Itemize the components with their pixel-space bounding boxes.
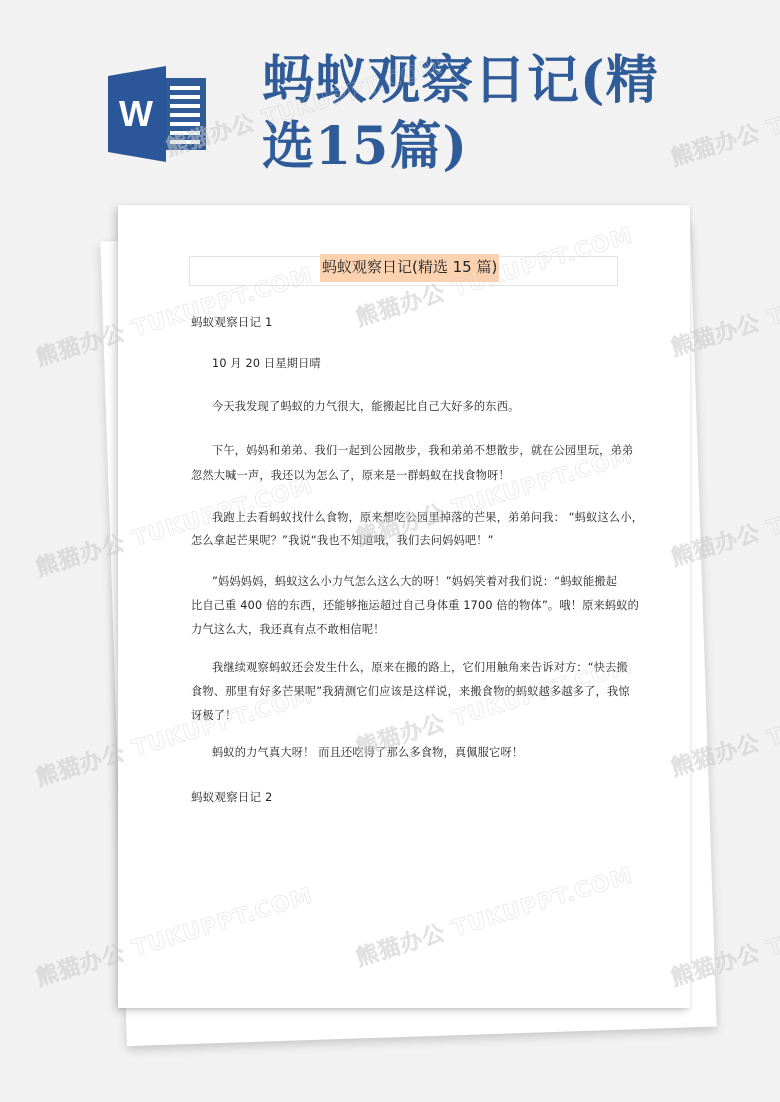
- paragraph-line: 怎么拿起芒果呢？”我说“我也不知道哦，我们去问妈妈吧！”: [191, 533, 494, 549]
- section-heading: 蚂蚁观察日记 1: [191, 314, 273, 330]
- banner-title: 蚂蚁观察日记(精 选15篇): [262, 48, 682, 180]
- paragraph-line: 蚂蚁的力气真大呀！ 而且还吃得了那么多食物，真佩服它呀！: [212, 745, 523, 761]
- paragraph-line: 忽然大喊一声，我还以为怎么了，原来是一群蚂蚁在找食物呀！: [191, 468, 510, 484]
- paragraph-line: ”妈妈妈妈，蚂蚁这么小力气怎么这么大的呀！”妈妈笑着对我们说：“蚂蚁能搬起: [212, 574, 617, 590]
- word-document-icon: W: [108, 66, 208, 162]
- paragraph-line: 我继续观察蚂蚁还会发生什么，原来在搬的路上，它们用触角来告诉对方：“快去搬: [212, 660, 628, 676]
- banner-title-line-2: 选15篇): [262, 114, 682, 180]
- banner-title-line-1: 蚂蚁观察日记(精: [262, 48, 682, 114]
- paragraph-line: 比自己重 400 倍的东西，还能够拖运超过自己身体重 1700 倍的物体”。哦！…: [191, 598, 639, 614]
- document-title: 蚂蚁观察日记(精选 15 篇): [320, 254, 499, 282]
- document-page: 蚂蚁观察日记(精选 15 篇) 蚂蚁观察日记 1 10 月 20 日星期日晴 今…: [118, 205, 690, 1008]
- word-icon-letter: W: [119, 93, 153, 134]
- paragraph-line: 10 月 20 日星期日晴: [212, 356, 321, 372]
- paragraph-line: 讶极了！: [191, 708, 237, 724]
- paragraph-line: 今天我发现了蚂蚁的力气很大，能搬起比自己大好多的东西。: [212, 399, 519, 415]
- section-heading: 蚂蚁观察日记 2: [191, 789, 273, 805]
- paragraph-line: 我跑上去看蚂蚁找什么食物，原来想吃公园里掉落的芒果，弟弟问我： “蚂蚁这么小，: [212, 510, 643, 526]
- paragraph-line: 力气这么大，我还真有点不敢相信呢！: [191, 622, 385, 638]
- paragraph-line: 食物、那里有好多芒果呢”我猜测它们应该是这样说，来搬食物的蚂蚁越多越多了，我惊: [191, 684, 630, 700]
- paragraph-line: 下午，妈妈和弟弟、我们一起到公园散步，我和弟弟不想散步，就在公园里玩，弟弟: [212, 443, 633, 459]
- watermark: 熊猫办公 TUKUPPT.COM: [667, 59, 780, 173]
